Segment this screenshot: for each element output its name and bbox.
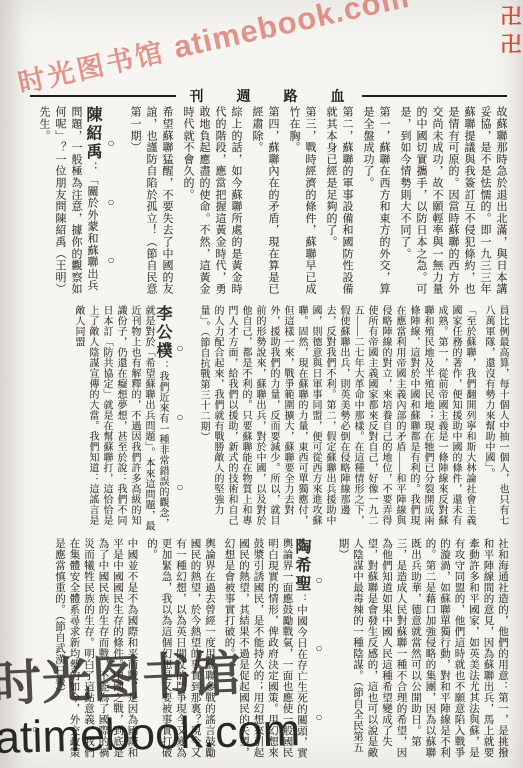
vertical-paragraph: 陶希聖：中國今日在存亡生死的關頭，實輿論界一面應鼓勵戰氣，一面也應使一般國民明白… [221, 538, 308, 760]
separator-circle: ○ [315, 641, 322, 656]
vertical-paragraph: 第三，戰時經濟的條件，蘇聯早已成竹在胸。 [286, 106, 318, 298]
vertical-paragraph: 「外蒙出兵的問題——紹禹先生答——實際上就是蘇聯出兵的問題。因為外蒙人口共只八十… [30, 106, 31, 298]
separator-circle: ○ [107, 195, 114, 210]
vertical-paragraph: 中國並不是不為國際和平而戰，是因為國際和平是中國國民生存的條件。中國之戰，到底是… [52, 538, 139, 760]
vertical-paragraph: 第四，蘇聯內在的矛盾，現在算是已經肅除。 [249, 106, 281, 298]
vertical-paragraph: 綜上的話，如今蘇聯所處的是黃金時代的階段，應當把握這黃金時代，勇敢地負起應盡的使… [180, 106, 244, 298]
section-chen-shaoyu: 陳紹禹：「關於外蒙和蘇聯出兵問題，一般極為注意，據你的觀察如何呢」？一位朋友問陳… [30, 106, 100, 298]
text-band-middle: 員比例最高算，每十個人中抽一個人，也只有七八萬軍隊，還沒有勢力來幫助中國」。 「… [30, 305, 509, 531]
vertical-paragraph: 第一，蘇聯在西方和東方的外交，算是全盤成功了。 [360, 106, 392, 298]
scanned-magazine-page: 刊週路血 故蘇聯那時急於退出北滿，與日本講妥協，是不是怯懦的。即一九三三年蘇聯提… [0, 0, 523, 768]
vertical-paragraph: 第二，蘇聯的軍事設備和國防性設備就其本身已經是足夠的了。 [323, 106, 355, 298]
section-li-gongpu-continued: 社和海通社造的，他們的用意：第一，是挑撥和平陣線間的意見，因為蘇聯出兵，馬上就要… [330, 538, 509, 760]
vertical-paragraph: 社和海通社造的，他們的用意：第一，是挑撥和平陣線間的意見，因為蘇聯出兵，馬上就要… [335, 538, 509, 760]
vertical-paragraph: 李公樸：我們近來有一種非常錯誤的觀念，就是對於「希望蘇聯出兵問題」。本來這問題，… [71, 305, 169, 531]
vertical-paragraph: 陳紹禹：「關於外蒙和蘇聯出兵問題，一般極為注意，據你的觀察如何呢」？一位朋友問陳… [36, 106, 100, 298]
vertical-paragraph: 故蘇聯那時急於退出北滿，與日本講妥協，是不是怯懦的。即一九三三年蘇聯提議與我簽訂… [397, 106, 509, 298]
corner-stamp-icon: 卍卍 [500, 5, 520, 61]
article-end-circles: ○ ○ [30, 638, 47, 760]
separator-circle: ○ [107, 253, 114, 268]
vertical-paragraph: 輿論界在過去曾經一度用蘇聯參戰的謠言鼓勵國民的熱望，於今熱望的事實到那裏？現今又… [144, 538, 217, 760]
vertical-paragraph: 「至於蘇聯，我們翻開列寧和斯大林論社會主義國家任務的著作，便知援助中國的條件，還… [196, 305, 476, 531]
author-name-chen-shaoyu: 陳紹禹 [84, 106, 101, 162]
section-separator-circles: ○ ○ ○ [308, 547, 330, 751]
text-band-top: 故蘇聯那時急於退出北滿，與日本講妥協，是不是怯懦的。即一九三三年蘇聯提議與我簽訂… [30, 106, 509, 298]
vertical-paragraph: 員比例最高算，每十個人中抽一個人，也只有七八萬軍隊，還沒有勢力來幫助中國」。 [481, 305, 509, 531]
separator-circle: ○ [176, 410, 183, 425]
masthead: 刊週路血 [30, 88, 507, 104]
watermark-site-url: atimebook.com [161, 0, 413, 67]
separator-circle: ○ [32, 661, 39, 676]
section-separator-circles: ○ ○ ○ [100, 114, 122, 291]
article-previous-conclusion: 故蘇聯那時急於退出北滿，與日本講妥協，是不是怯懦的。即一九三三年蘇聯提議與我簽訂… [122, 106, 509, 298]
section-separator-circles: ○ ○ ○ [169, 314, 191, 522]
page-body: 故蘇聯那時急於退出北滿，與日本講妥協，是不是怯懦的。即一九三三年蘇聯提議與我簽訂… [30, 106, 509, 762]
section-li-gongpu: 李公樸：我們近來有一種非常錯誤的觀念，就是對於「希望蘇聯出兵問題」。本來這問題，… [66, 305, 169, 531]
separator-circle: ○ [315, 710, 322, 725]
separator-circle: ○ [176, 480, 183, 495]
separator-circle: ○ [315, 573, 322, 588]
section-tao-xisheng: 陶希聖：中國今日在存亡生死的關頭，實輿論界一面應鼓勵戰氣，一面也應使一般國民明白… [47, 538, 309, 760]
text-band-bottom: 社和海通社造的，他們的用意：第一，是挑撥和平陣線間的意見，因為蘇聯出兵，馬上就要… [30, 538, 509, 760]
separator-circle: ○ [107, 136, 114, 151]
vertical-paragraph: 希望蘇聯猛醒，不要失去了中國的友誼，也謹防自陷於孤立！（節自民意第一期） [127, 106, 175, 298]
masthead-rule-right [362, 95, 508, 98]
separator-circle: ○ [32, 722, 39, 737]
separator-circle: ○ [176, 341, 183, 356]
masthead-rule-left [30, 95, 176, 98]
paragraph-text: ：我們近來有一種非常錯誤的觀念，就是對於「希望蘇聯出兵問題」。本來這問題，最近刊… [73, 305, 168, 531]
publication-title: 刊週路血 [176, 86, 378, 106]
section-chen-shaoyu-continued: 員比例最高算，每十個人中抽一個人，也只有七八萬軍隊，還沒有勢力來幫助中國」。 「… [191, 305, 509, 531]
